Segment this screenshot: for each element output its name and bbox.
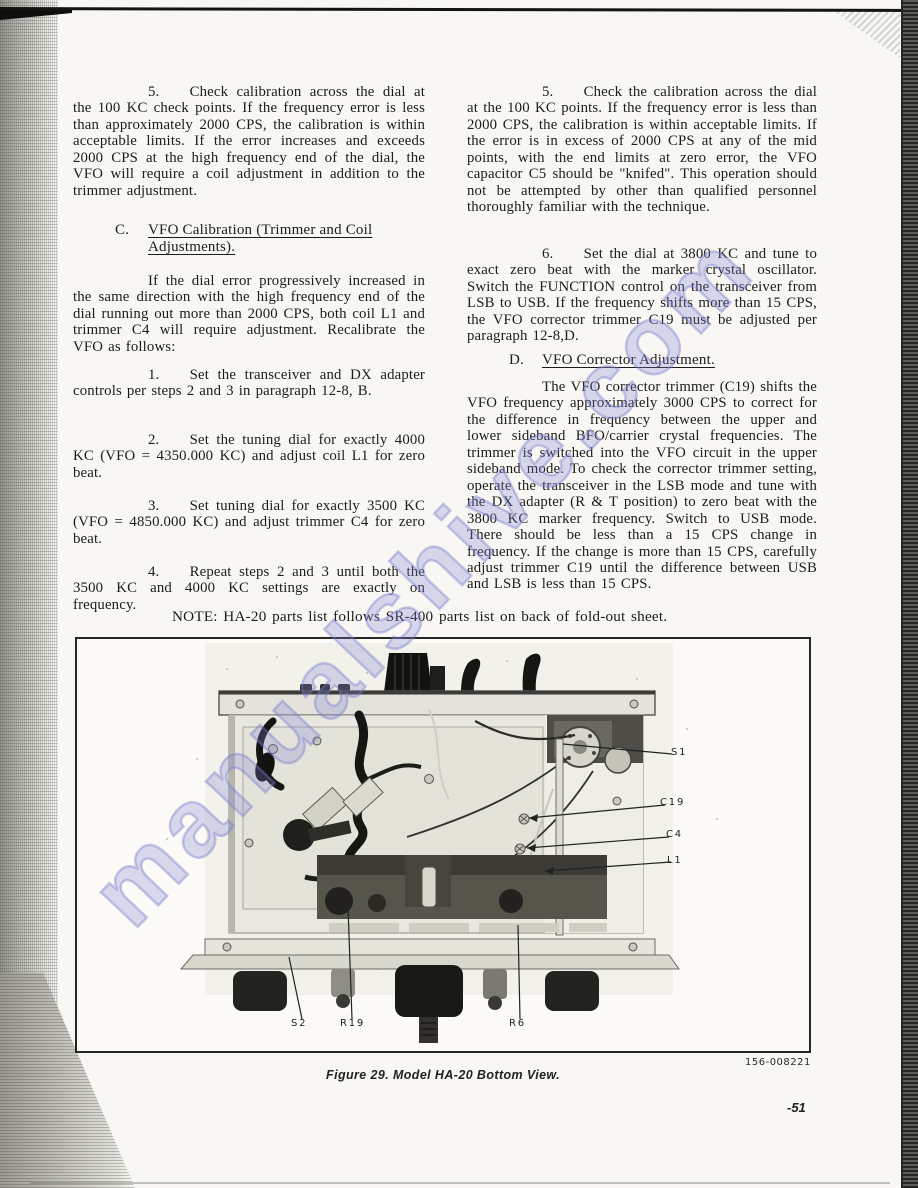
heading-line-1: VFO Calibration (Trimmer and Coil bbox=[148, 222, 433, 239]
heading-label: D. bbox=[509, 352, 524, 369]
left-step-5: 5. Check calibration across the dial at … bbox=[73, 84, 425, 199]
page-number: -51 bbox=[787, 1100, 806, 1115]
left-step-3: 3. Set tuning dial for exactly 3500 KC (… bbox=[73, 498, 425, 547]
scan-edge-top bbox=[0, 7, 907, 12]
heading-vfo-corrector: D. VFO Corrector Adjustment. bbox=[509, 352, 809, 369]
right-body: The VFO corrector trimmer (C19) shifts t… bbox=[467, 379, 817, 593]
chassis-photo bbox=[77, 639, 809, 1051]
photo-id: 156-008221 bbox=[745, 1057, 811, 1068]
left-step-2: 2. Set the tuning dial for exactly 4000 … bbox=[73, 432, 425, 481]
callout-label-s2: S2 bbox=[291, 1018, 307, 1029]
right-step-5: 5. Check the calibration across the dial… bbox=[467, 84, 817, 216]
scan-edge-right bbox=[901, 0, 918, 1188]
heading-label: C. bbox=[115, 222, 129, 239]
callout-label-l1: L1 bbox=[667, 855, 683, 866]
heading-line-2: Adjustments). bbox=[148, 239, 433, 256]
figure-caption: Figure 29. Model HA-20 Bottom View. bbox=[75, 1068, 811, 1082]
callout-label-s1: S1 bbox=[671, 747, 687, 758]
heading-line-1: VFO Corrector Adjustment. bbox=[542, 352, 809, 369]
left-step-1: 1. Set the transceiver and DX adapter co… bbox=[73, 367, 425, 400]
callout-label-r6: R6 bbox=[509, 1018, 526, 1029]
scan-smudge bbox=[832, 10, 900, 58]
left-intro: If the dial error progressively increase… bbox=[73, 273, 425, 355]
note-line: NOTE: HA-20 parts list follows SR-400 pa… bbox=[172, 608, 667, 626]
callout-label-c4: C4 bbox=[666, 829, 683, 840]
left-step-4: 4. Repeat steps 2 and 3 until both the 3… bbox=[73, 564, 425, 613]
scanned-manual-page: { "watermark": { "text": "manualshive.co… bbox=[0, 0, 918, 1188]
scan-edge-bottom bbox=[30, 1182, 890, 1184]
heading-vfo-calibration: C. VFO Calibration (Trimmer and Coil Adj… bbox=[115, 222, 433, 256]
right-step-6: 6. Set the dial at 3800 KC and tune to e… bbox=[467, 246, 817, 345]
figure-29-box bbox=[75, 637, 811, 1053]
callout-label-r19: R19 bbox=[340, 1018, 365, 1029]
callout-label-c19: C19 bbox=[660, 797, 685, 808]
